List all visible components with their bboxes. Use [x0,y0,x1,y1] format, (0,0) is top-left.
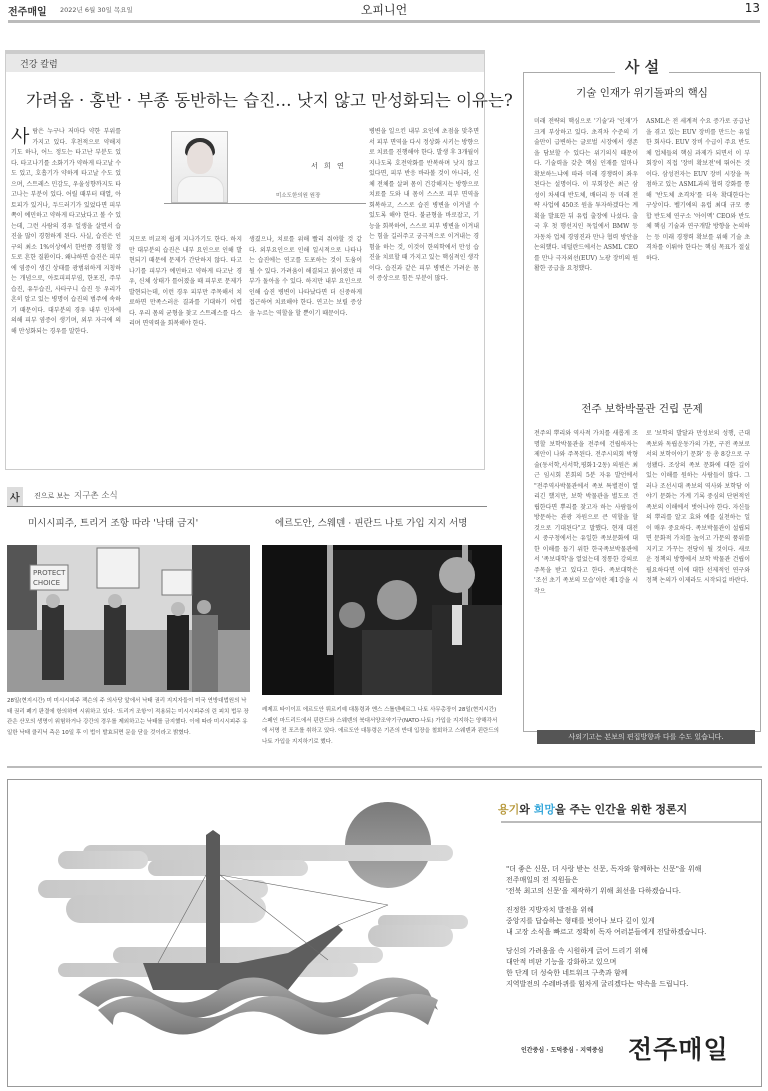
column-text-3: 생겼으나, 치료를 위해 빨리 줘야할 것 같다. 외부요인으로 인해 일시적으… [249,235,362,467]
masthead: 전주매일 2022년 6월 30일 목요일 오피니언 13 [8,0,760,22]
ship-illustration [18,785,488,1085]
editorial-title-1: 기술 인재가 위기돌파의 핵심 [524,85,760,100]
header-large: 지구촌 소식 [74,489,118,501]
header-cap: 사 [7,487,23,506]
svg-text:PROTECT: PROTECT [33,569,66,577]
header-small: 진으로 보는 [34,491,70,501]
disclaimer-note: 사외기고는 본보의 편집방향과 다를 수도 있습니다. [537,730,755,744]
ad-subtitle: 인간중심 · 도덕중심 · 지역중심 [521,1045,603,1054]
story-2-caption: 레제프 타이이프 에르도안 튀르키예 대통령과 옌스 스톨텐베르그 나토 사무총… [262,705,502,747]
slogan-rule [501,821,761,823]
author-rule [164,203,366,204]
protest-photo: PROTECT CHOICE [7,545,250,692]
ad-logo: 전주매일 [628,1030,729,1066]
column-text-4: 병변을 일으킨 내부 요인에 초점을 맞추면서 피부 면역을 다시 정상화 시키… [369,127,479,467]
editorial-1-col-2: ASML은 전 세계적 수요 증가로 공급난을 겪고 있는 EUV 장비를 만드… [646,117,750,377]
story-1-caption: 28일(현지시간) 미 미시시피주 잭슨의 주 의사당 앞에서 낙태 권리 지지… [7,696,250,738]
health-column: 건강 칼럼 가려움 · 홍반 · 부종 동반하는 습진… 낫지 않고 만성화되는… [5,50,485,470]
page-number: 13 [745,1,760,15]
author-photo [171,131,228,203]
editorial-2-col-1: 전주의 뿌리와 역사적 가치를 새롭게 조명할 보학박물관을 전주에 건립하자는… [534,429,638,724]
nato-photo [262,545,502,695]
section-separator [7,766,762,768]
ad-paragraph-2: 진정한 지방자치 발전을 위해 중앙지를 답습하는 형태를 벗어나 보다 깊이 … [506,905,706,938]
ad-paragraph-1: "더 좋은 신문, 더 사랑 받는 신문, 독자와 함께하는 신문"을 위해 전… [506,864,701,897]
column-text-1: 사 람은 누구나 저마다 약한 부위를 가지고 있다. 후천적으로 약해지기도 … [11,127,121,467]
masthead-rule [8,20,760,23]
ad-paragraph-3: 당신의 가려움을 속 시원하게 긁어 드리기 위해 대안적 비판 기능을 강화하… [506,946,688,990]
editorial-box: 사 설 기술 인재가 위기돌파의 핵심 미래 전략의 핵심으로 '기술'과 '인… [523,72,761,732]
svg-text:CHOICE: CHOICE [33,579,60,587]
drop-cap: 사 [11,127,29,145]
story-2-title: 에르도안, 스웨덴 · 핀란드 나토 가입 지지 서명 [275,515,467,529]
editorial-title-2: 전주 보학박물관 건립 문제 [524,401,760,416]
author-role: 미소도한의원 원장 [276,191,320,199]
photo-body [177,176,224,203]
section-title: 오피니언 [8,1,760,18]
column-tag: 건강 칼럼 [6,54,484,72]
column-text-2: 지므로 비교적 쉽게 지나가기도 한다. 하지만 대부분의 습진은 내부 요인으… [129,235,242,467]
column-title: 가려움 · 홍반 · 부종 동반하는 습진… 낫지 않고 만성화되는 이유는? [26,87,513,111]
editorial-1-col-1: 미래 전략의 핵심으로 '기술'과 '인재'가 크게 부상하고 있다. 초격차 … [534,117,638,377]
editorial-2-col-2: 로 '보학의 발달과 만성보의 성행, 근대 족보와 독립운동가의 가문, 구전… [646,429,750,724]
photo-face [187,142,213,174]
world-news-header: 사 진으로 보는 지구촌 소식 [7,485,487,507]
advertisement-box: 용기와 희망을 주는 인간을 위한 정론지 "더 좋은 신문, 더 사랑 받는 … [7,779,762,1087]
editorial-header: 사 설 [524,56,760,77]
ad-slogan: 용기와 희망을 주는 인간을 위한 정론지 [498,801,687,817]
story-1-title: 미시시피주, 트리거 조항 따라 '낙태 금지' [28,515,198,529]
author-name: 서 희 연 [311,161,346,171]
